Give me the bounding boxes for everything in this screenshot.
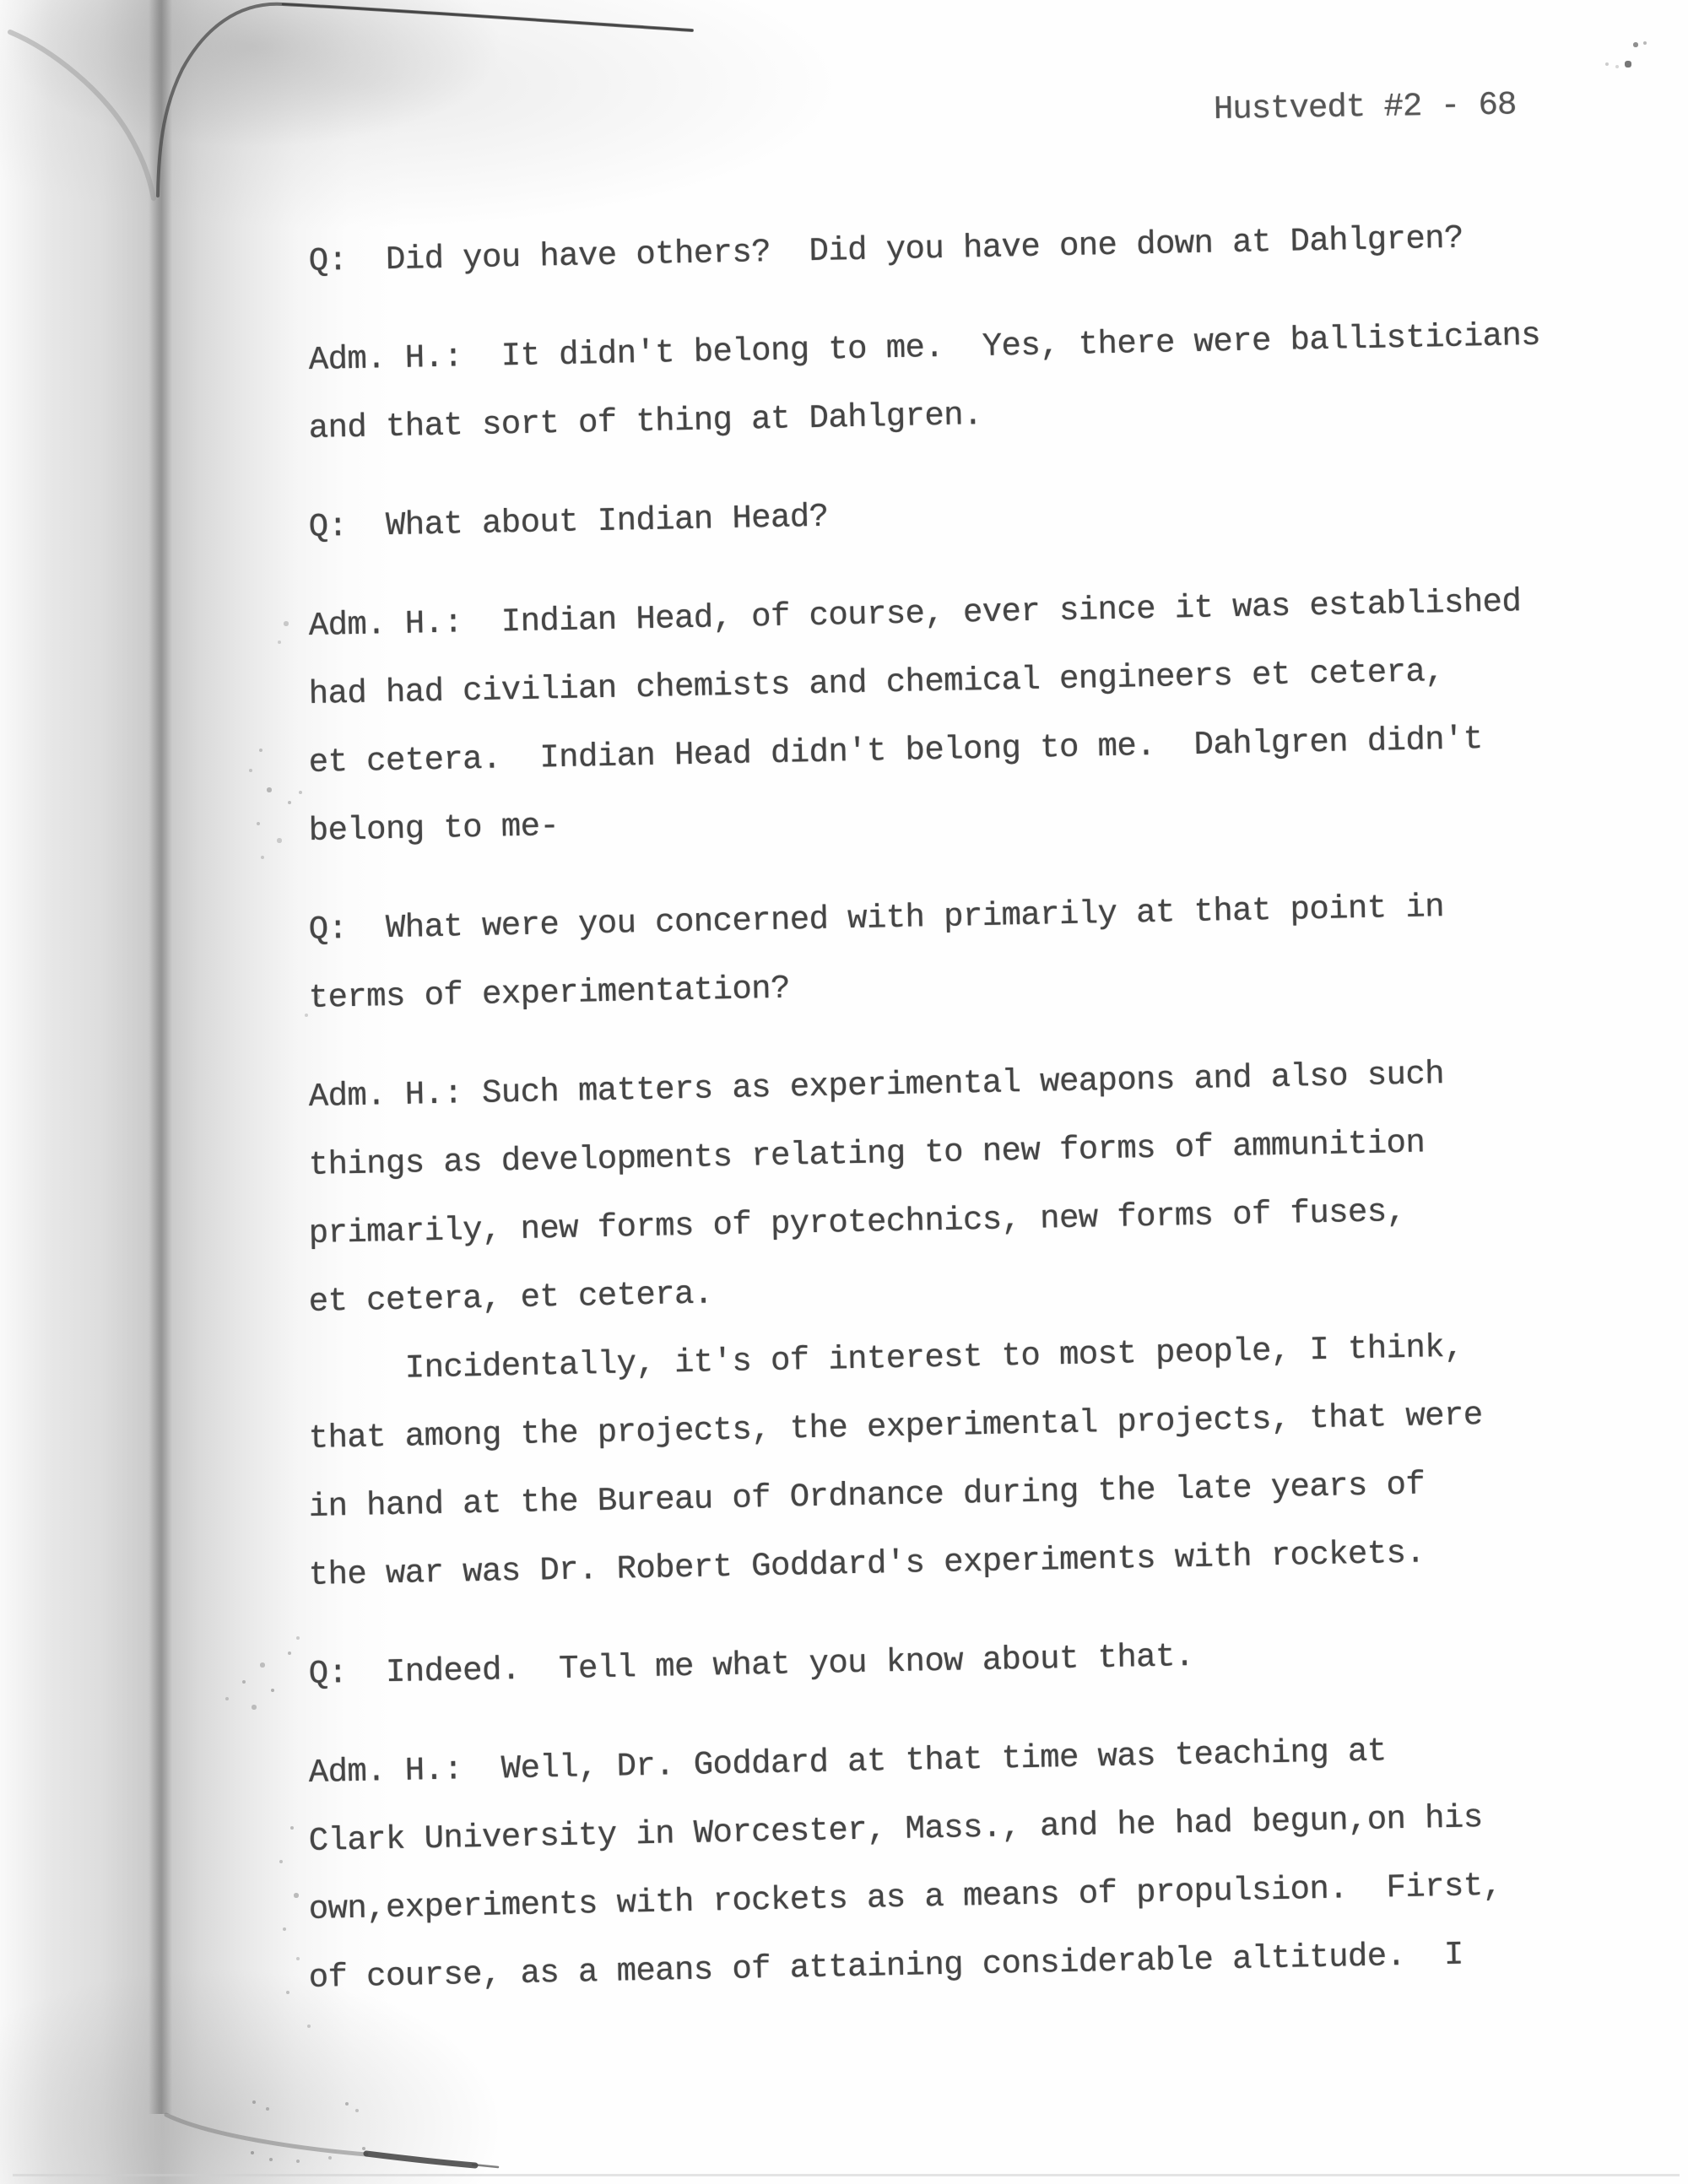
scanned-transcript-page: Hustvedt #2 - 68 Q: Did you have others?… bbox=[0, 0, 1688, 2184]
transcript-line: Q: Indeed. Tell me what you know about t… bbox=[308, 1614, 1651, 1709]
transcript-line: Q: Did you have others? Did you have one… bbox=[308, 201, 1651, 296]
transcript-line: Q: What about Indian Head? bbox=[308, 467, 1651, 562]
scan-speckles bbox=[0, 0, 2, 2]
scan-bottom-edge-line bbox=[13, 2174, 1680, 2176]
page-header: Hustvedt #2 - 68 bbox=[1214, 86, 1517, 128]
gutter-crease-line bbox=[149, 0, 172, 2114]
transcript: Q: Did you have others? Did you have one… bbox=[309, 228, 1651, 2013]
